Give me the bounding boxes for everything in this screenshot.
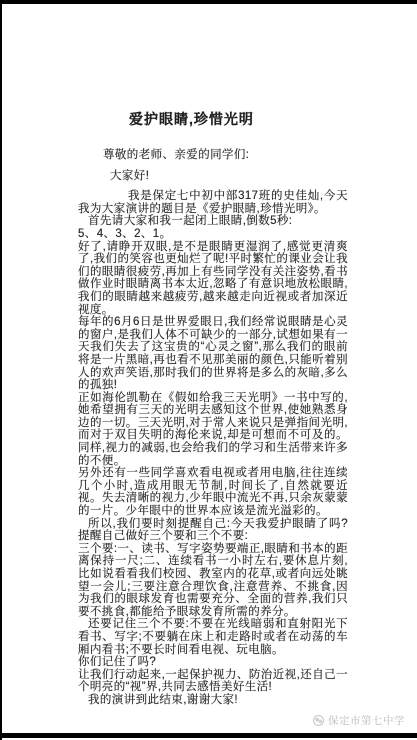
speech-question-line: 你们记住了吗? [78, 656, 348, 669]
speech-greeting: 尊敬的老师、亲爱的同学们: [78, 149, 348, 162]
frame-left-border [0, 0, 2, 740]
speech-salutation: 大家好! [78, 170, 348, 183]
speech-paragraph: 我是保定七中初中部317班的史佳灿,今天我为大家演讲的题目是《爱护眼睛,珍惜光明… [78, 190, 348, 215]
publisher-watermark: 保定市第七中学 [313, 713, 405, 728]
document-title: 爱护眼睛,珍惜光明 [129, 109, 254, 129]
speech-paragraph: 还要记住三个不要:不要在光线暗弱和直射阳光下看书、写字;不要躺在床上和走路时或者… [78, 618, 348, 656]
speech-paragraph: 好了,请睁开双眼,是不是眼睛更湿润了,感觉更清爽了,我们的笑容也更灿烂了呢!平时… [78, 241, 348, 317]
speech-closing: 我的演讲到此结束,谢谢大家! [78, 694, 348, 707]
speech-paragraph: 每年的6月6日是世界爱眼日,我们经常说眼睛是心灵的窗户,是我们人体不可缺少的一部… [78, 316, 348, 392]
publisher-name: 保定市第七中学 [328, 713, 405, 728]
speech-paragraph: 正如海伦凯勒在《假如给我三天光明》一书中写的,她希望拥有三天的光明去感知这个世界… [78, 392, 348, 468]
speech-body: 尊敬的老师、亲爱的同学们: 大家好! 我是保定七中初中部317班的史佳灿,今天我… [78, 149, 348, 707]
speech-paragraph: 让我们行动起来,一起保护视力、防治近视,还自己一个明亮的“视”界,共同去感悟美好… [78, 669, 348, 694]
speech-paragraph: 另外还有一些同学喜欢看电视或者用电脑,往往连续几个小时,造成用眼无节制,时间长了… [78, 467, 348, 517]
speech-countdown: 5、4、3、2、1。 [78, 228, 348, 241]
speech-paragraph: 所以,我们要时刻提醒自己:今天我爱护眼睛了吗?提醒自己做好三个要和三个不要: [78, 518, 348, 543]
frame-bottom-bar [0, 733, 417, 738]
speech-paragraph: 三个要:一、读书、写字姿势要端正,眼睛和书本的距离保持一尺;二、连续看书一小时左… [78, 543, 348, 619]
speech-paragraph: 首先请大家和我一起闭上眼睛,倒数5秒: [78, 215, 348, 228]
frame-top-bar [0, 0, 417, 4]
document-photo-page: 爱护眼睛,珍惜光明 尊敬的老师、亲爱的同学们: 大家好! 我是保定七中初中部31… [0, 0, 417, 740]
publisher-logo-icon [313, 715, 324, 726]
